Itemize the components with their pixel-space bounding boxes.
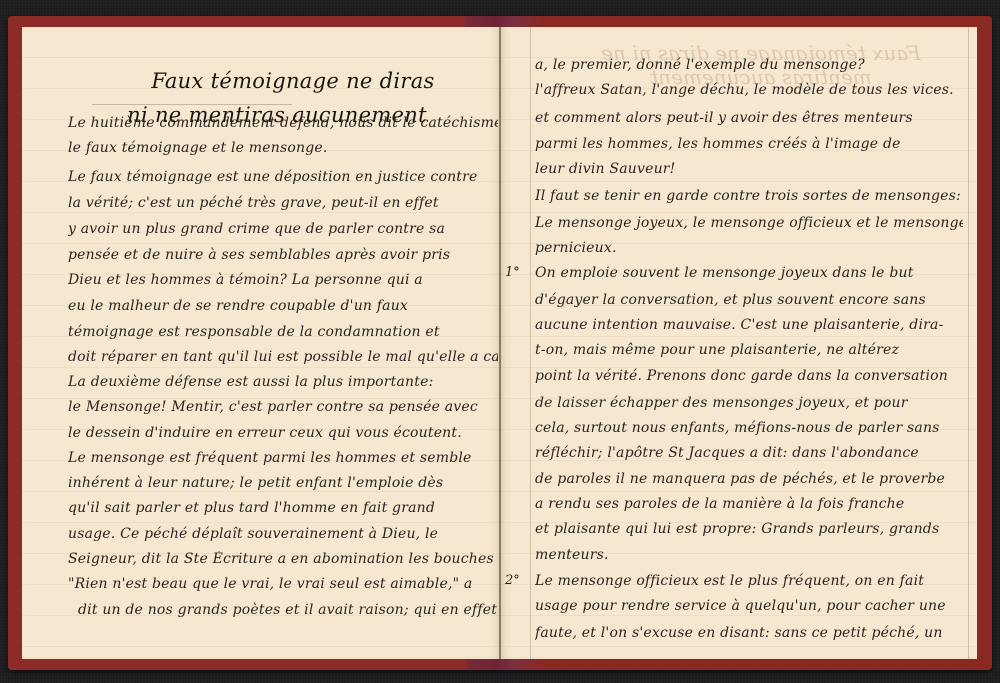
page-title-line-1: Faux témoignage ne diras <box>118 65 468 97</box>
text-line: aucune intention mauvaise. C'est une pla… <box>535 317 963 333</box>
list-number: 1° <box>505 265 520 280</box>
text-line: Le mensonge est fréquent parmi les homme… <box>68 450 498 466</box>
text-line: pernicieux. <box>535 240 963 256</box>
text-line: leur divin Sauveur! <box>535 161 963 177</box>
list-number: 2° <box>505 573 520 588</box>
text-line: de paroles il ne manquera pas de péchés,… <box>535 471 963 487</box>
text-line: qu'il sait parler et plus tard l'homme e… <box>68 500 498 516</box>
text-line: et comment alors peut-il y avoir des êtr… <box>535 110 963 126</box>
text-line: l'affreux Satan, l'ange déchu, le modèle… <box>535 82 963 98</box>
text-line: On emploie souvent le mensonge joyeux da… <box>535 265 963 281</box>
text-line: eu le malheur de se rendre coupable d'un… <box>68 298 498 314</box>
text-line: inhérent à leur nature; le petit enfant … <box>68 475 498 491</box>
text-line: d'égayer la conversation, et plus souven… <box>535 292 963 308</box>
text-line: parmi les hommes, les hommes créés à l'i… <box>535 136 963 152</box>
text-line: réfléchir; l'apôtre St Jacques a dit: da… <box>535 445 963 461</box>
text-line: Le huitième commandement défend, nous di… <box>68 115 498 131</box>
text-line: faute, et l'on s'excuse en disant: sans … <box>535 625 963 641</box>
text-line: témoignage est responsable de la condamn… <box>68 324 498 340</box>
text-line: Il faut se tenir en garde contre trois s… <box>535 188 963 204</box>
left-page: Faux témoignage ne diras ni ne mentiras … <box>22 27 500 659</box>
left-margin-rule <box>530 27 531 659</box>
text-line: Le faux témoignage est une déposition en… <box>68 169 498 185</box>
title-rule <box>92 104 292 105</box>
text-line: doit réparer en tant qu'il lui est possi… <box>68 349 498 365</box>
text-line: Dieu et les hommes à témoin? La personne… <box>68 272 498 288</box>
text-line: usage pour rendre service à quelqu'un, p… <box>535 598 963 614</box>
text-line: point la vérité. Prenons donc garde dans… <box>535 368 963 384</box>
text-line: Le mensonge officieux est le plus fréque… <box>535 573 963 589</box>
text-line: dit un de nos grands poètes et il avait … <box>78 602 500 618</box>
text-line: Le mensonge joyeux, le mensonge officieu… <box>535 215 963 231</box>
text-line: "Rien n'est beau que le vrai, le vrai se… <box>68 576 498 592</box>
text-line: le faux témoignage et le mensonge. <box>68 140 498 156</box>
text-line: t-on, mais même pour une plaisanterie, n… <box>535 342 963 358</box>
text-line: cela, surtout nous enfants, méfions-nous… <box>535 420 963 436</box>
text-line: a, le premier, donné l'exemple du menson… <box>535 57 963 73</box>
text-line: La deuxième défense est aussi la plus im… <box>68 374 498 390</box>
text-line: et plaisante qui lui est propre: Grands … <box>535 521 963 537</box>
right-margin-rule <box>968 27 969 659</box>
text-line: la vérité; c'est un péché très grave, pe… <box>68 195 498 211</box>
text-line: le Mensonge! Mentir, c'est parler contre… <box>68 399 498 415</box>
text-line: Seigneur, dit la Ste Écriture a en abomi… <box>68 551 498 567</box>
text-line: de laisser échapper des mensonges joyeux… <box>535 395 963 411</box>
right-page: Faux témoignage ne diras ni ne mentiras … <box>501 27 977 659</box>
text-line: a rendu ses paroles de la manière à la f… <box>535 496 963 512</box>
text-line: pensée et de nuire à ses semblables aprè… <box>68 247 498 263</box>
text-line: y avoir un plus grand crime que de parle… <box>68 221 498 237</box>
text-line: menteurs. <box>535 547 963 563</box>
text-line: le dessein d'induire en erreur ceux qui … <box>68 425 498 441</box>
open-notebook: Faux témoignage ne diras ni ne mentiras … <box>8 16 992 670</box>
text-line: usage. Ce péché déplaît souverainement à… <box>68 526 498 542</box>
